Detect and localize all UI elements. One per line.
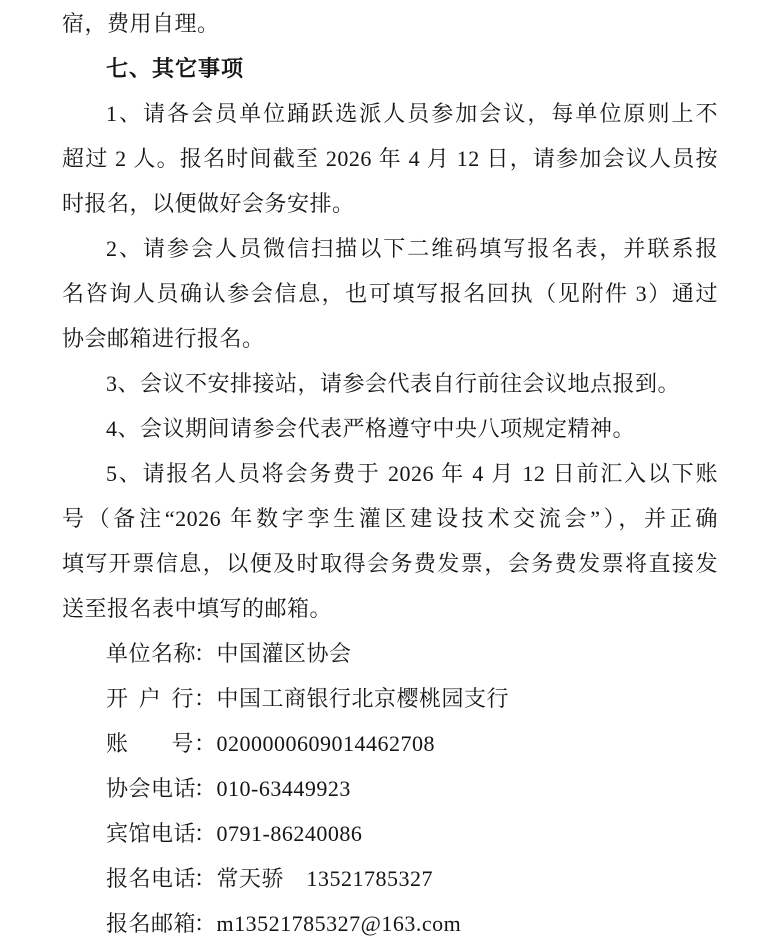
contact-value: 常天骄 13521785327 [217,866,434,891]
contact-line-unit-name: 单位名称：中国灌区协会 [62,631,718,676]
contact-value: 0200000609014462708 [217,731,436,756]
contact-label: 开户行 [106,676,194,721]
contact-label: 协会电话 [106,766,194,811]
contact-value: 0791-86240086 [217,821,363,846]
contact-colon: ： [194,686,217,711]
paragraph-line: 填写开票信息，以便及时取得会务费发票，会务费发票将直接发 [62,541,718,586]
contact-value: 中国工商银行北京樱桃园支行 [217,686,510,711]
paragraph-line: 3、会议不安排接站，请参会代表自行前往会议地点报到。 [62,361,718,406]
paragraph-line: 2、请参会人员微信扫描以下二维码填写报名表，并联系报 [62,226,718,271]
document-page: 宿，费用自理。 七、其它事项 1、请各会员单位踊跃选派人员参加会议，每单位原则上… [0,0,778,943]
contact-colon: ： [194,821,217,846]
contact-label: 单位名称 [106,631,194,676]
paragraph-continuation-line: 宿，费用自理。 [62,1,718,46]
contact-colon: ： [194,731,217,756]
contact-colon: ： [194,911,217,936]
contact-value: 010-63449923 [217,776,351,801]
paragraph-line: 5、请报名人员将会务费于 2026 年 4 月 12 日前汇入以下账 [62,451,718,496]
contact-line-account-number: 账号：0200000609014462708 [62,721,718,766]
contact-line-registration-email: 报名邮箱：m13521785327@163.com [62,901,718,943]
paragraph-line: 号（备注“2026 年数字孪生灌区建设技术交流会”），并正确 [62,496,718,541]
paragraph-line: 送至报名表中填写的邮箱。 [62,586,718,631]
contact-colon: ： [194,641,217,666]
contact-colon: ： [194,866,217,891]
contact-line-bank: 开户行：中国工商银行北京樱桃园支行 [62,676,718,721]
contact-line-hotel-phone: 宾馆电话：0791-86240086 [62,811,718,856]
section-heading: 七、其它事项 [62,46,718,91]
paragraph-line: 协会邮箱进行报名。 [62,316,718,361]
contact-line-registration-phone: 报名电话：常天骄 13521785327 [62,856,718,901]
contact-value: 中国灌区协会 [217,641,352,666]
contact-value: m13521785327@163.com [217,911,462,936]
contact-label: 报名邮箱 [106,901,194,943]
contact-label: 报名电话 [106,856,194,901]
contact-colon: ： [194,776,217,801]
contact-line-association-phone: 协会电话：010-63449923 [62,766,718,811]
contact-label: 宾馆电话 [106,811,194,856]
paragraph-line: 名咨询人员确认参会信息，也可填写报名回执（见附件 3）通过 [62,271,718,316]
paragraph-line: 1、请各会员单位踊跃选派人员参加会议，每单位原则上不 [62,91,718,136]
contact-label: 账号 [106,721,194,766]
paragraph-line: 超过 2 人。报名时间截至 2026 年 4 月 12 日，请参加会议人员按 [62,136,718,181]
paragraph-line: 时报名，以便做好会务安排。 [62,181,718,226]
paragraph-line: 4、会议期间请参会代表严格遵守中央八项规定精神。 [62,406,718,451]
